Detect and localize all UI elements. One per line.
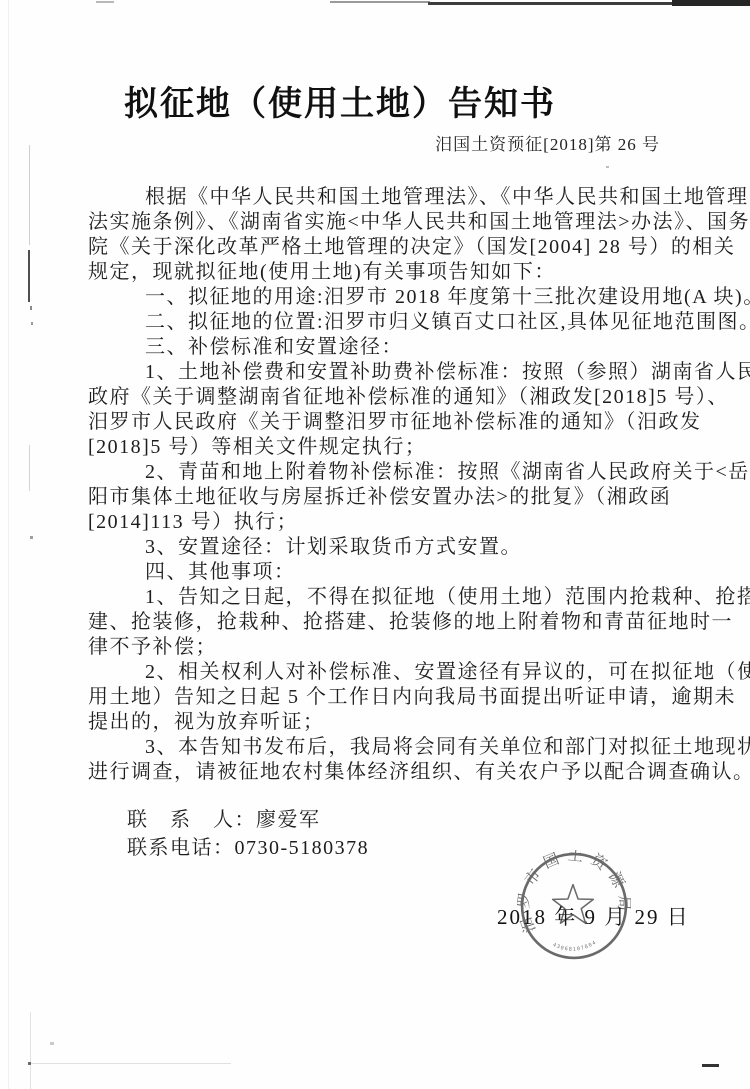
body-line: 3、本告知书发布后，我局将会同有关单位和部门对拟征土地现状	[88, 735, 728, 760]
body-line: 阳市集体土地征收与房屋拆迁补偿安置办法>的批复》（湘政函	[88, 485, 728, 510]
body-line: 2、青苗和地上附着物补偿标准：按照《湖南省人民政府关于<岳	[88, 460, 728, 485]
document-page: 拟征地（使用土地）告知书 汨国土资预征[2018]第 26 号 根据《中华人民共…	[0, 0, 750, 1089]
body-line: 3、安置途径：计划采取货币方式安置。	[88, 535, 728, 560]
scan-artifact	[30, 306, 32, 310]
body-line: 1、告知之日起，不得在拟征地（使用土地）范围内抢栽种、抢搭	[88, 585, 728, 610]
issue-date: 2018 年 9 月 29 日	[497, 901, 690, 931]
body-line: 建、抢装修，抢栽种、抢搭建、抢装修的地上附着物和青苗征地时一	[88, 610, 728, 635]
body-line: 四、其他事项：	[88, 560, 728, 585]
body-line: 法实施条例》、《湖南省实施<中华人民共和国土地管理法>办法》、国务	[88, 210, 728, 235]
scan-artifact	[30, 536, 33, 539]
scan-artifact	[30, 1012, 31, 1089]
body-line: 律不予补偿；	[88, 635, 728, 660]
body-line: 院《关于深化改革严格土地管理的决定》（国发[2004] 28 号）的相关	[88, 235, 728, 260]
body-line: 用土地）告知之日起 5 个工作日内向我局书面提出听证申请，逾期未	[88, 685, 728, 710]
scan-artifact	[672, 0, 750, 6]
scan-artifact	[50, 1042, 54, 1045]
scan-artifact	[702, 1064, 719, 1067]
page-title: 拟征地（使用土地）告知书	[0, 76, 680, 125]
scan-artifact	[28, 250, 30, 302]
body-line: [2014]113 号）执行；	[88, 510, 728, 535]
body-line: 汨罗市人民政府《关于调整汨罗市征地补偿标准的通知》（汨政发	[88, 410, 728, 435]
scan-artifact	[8, 0, 9, 1089]
body-line: 政府《关于调整湖南省征地补偿标准的通知》（湘政发[2018]5 号）、	[88, 385, 728, 410]
body-line: 进行调查，请被征地农村集体经济组织、有关农户予以配合调查确认。	[88, 760, 728, 785]
scan-artifact	[31, 322, 33, 325]
scan-artifact	[28, 1062, 31, 1065]
body-line: 1、土地补偿费和安置补助费补偿标准：按照（参照）湖南省人民	[88, 360, 728, 385]
body-text: 根据《中华人民共和国土地管理法》、《中华人民共和国土地管理法实施条例》、《湖南省…	[88, 185, 728, 785]
document-number: 汨国土资预征[2018]第 26 号	[0, 130, 660, 155]
scan-artifact	[31, 1063, 231, 1064]
scan-artifact	[606, 166, 609, 168]
scan-artifact	[29, 445, 30, 491]
contact-phone: 联系电话：0730-5180378	[127, 831, 369, 860]
contact-person: 联 系 人：廖爱军	[127, 803, 321, 832]
body-line: 三、补偿标准和安置途径：	[88, 335, 728, 360]
body-line: [2018]5 号）等相关文件规定执行；	[88, 435, 728, 460]
body-line: 2、相关权利人对补偿标准、安置途径有异议的，可在拟征地（使	[88, 660, 728, 685]
scan-artifact	[330, 1, 430, 3]
scan-artifact	[29, 145, 30, 245]
scan-artifact	[428, 2, 750, 5]
body-line: 提出的，视为放弃听证；	[88, 710, 728, 735]
body-line: 二、拟征地的位置:汨罗市归义镇百丈口社区,具体见征地范围图。	[88, 310, 728, 335]
body-line: 规定，现就拟征地(使用土地)有关事项告知如下：	[88, 260, 728, 285]
scan-artifact	[96, 1, 114, 3]
body-line: 根据《中华人民共和国土地管理法》、《中华人民共和国土地管理	[88, 185, 728, 210]
body-line: 一、拟征地的用途:汨罗市 2018 年度第十三批次建设用地(A 块)。	[88, 285, 728, 310]
